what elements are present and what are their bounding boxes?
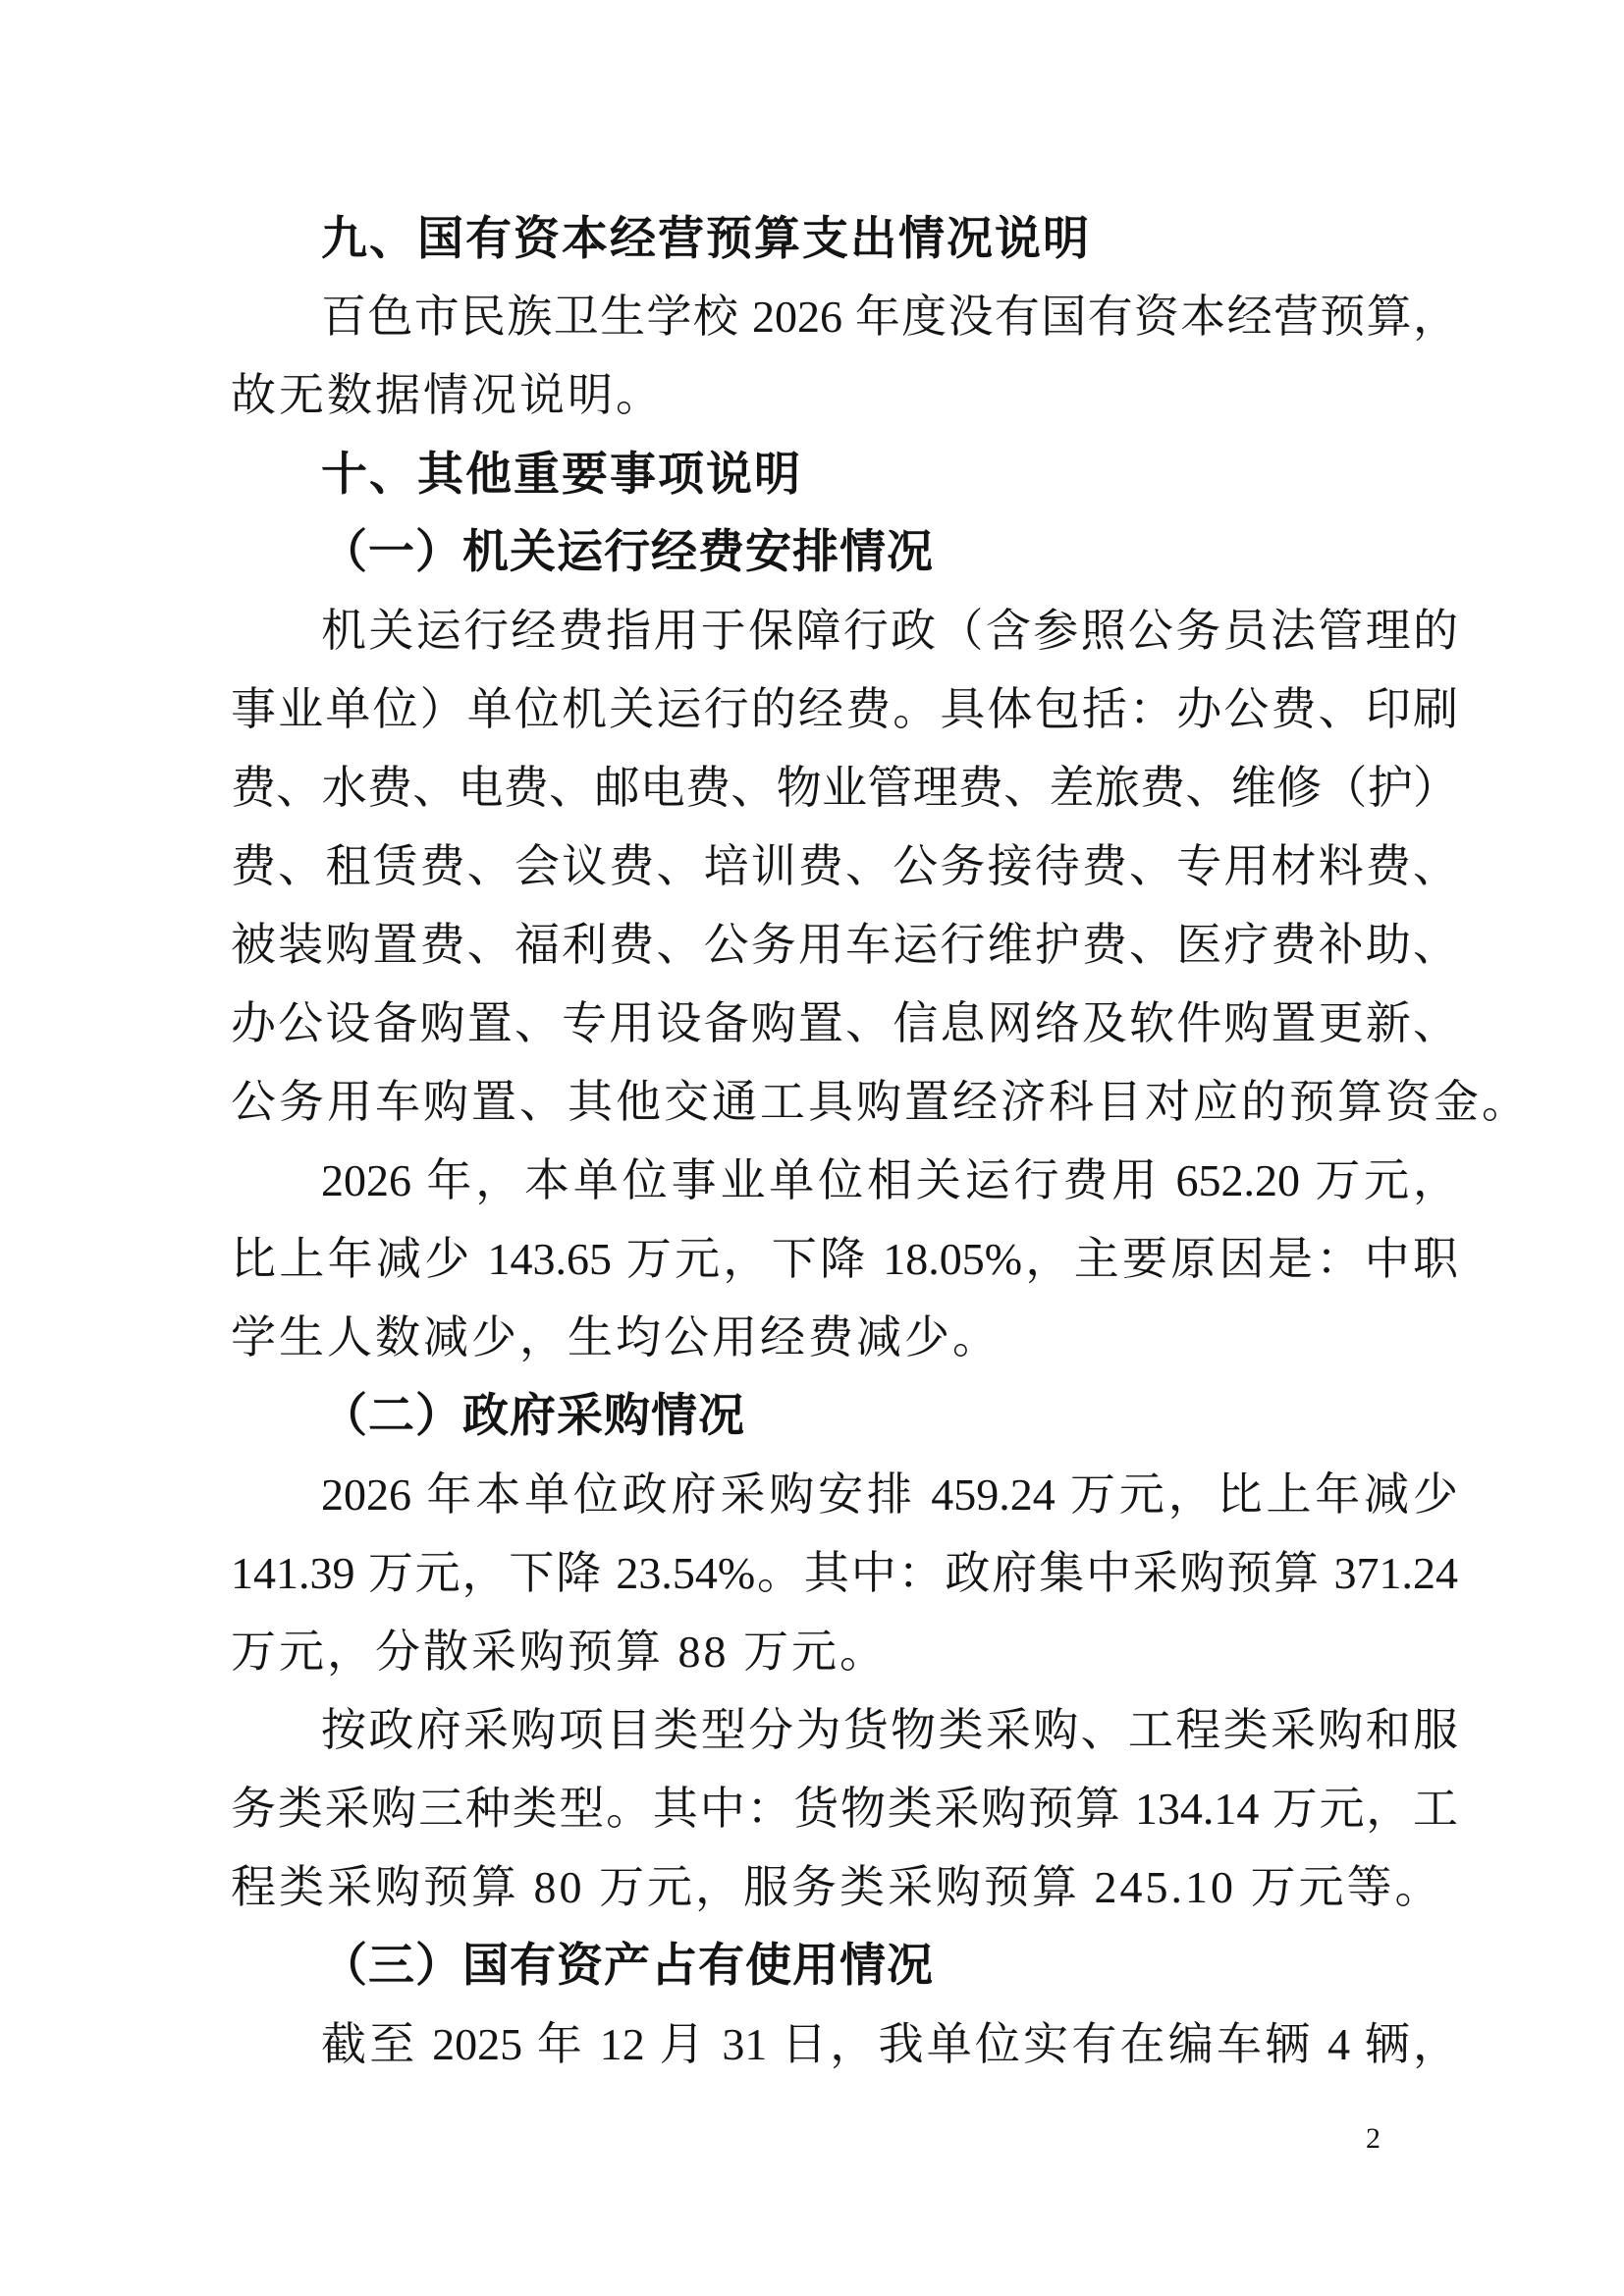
- text-line: 2026 年，本单位事业单位相关运行费用 652.20 万元，: [231, 1142, 1458, 1220]
- document-body: 九、国有资本经营预算支出情况说明百色市民族卫生学校 2026 年度没有国有资本经…: [231, 199, 1458, 2084]
- section-heading: （一）机关运行经费安排情况: [231, 513, 1458, 592]
- text-line: 百色市民族卫生学校 2026 年度没有国有资本经营预算，: [231, 278, 1458, 356]
- government-procurement-types: 按政府采购项目类型分为货物类采购、工程类采购和服务类采购三种类型。其中：货物类采…: [231, 1691, 1458, 1927]
- section-heading: （三）国有资产占有使用情况: [231, 1927, 1458, 2005]
- text-line: 截至 2025 年 12 月 31 日，我单位实有在编车辆 4 辆，: [231, 2005, 1458, 2084]
- text-line: 事业单位）单位机关运行的经费。具体包括：办公费、印刷: [231, 670, 1458, 749]
- text-line: 费、租赁费、会议费、培训费、公务接待费、专用材料费、: [231, 828, 1458, 906]
- subsection-1-heading: （一）机关运行经费安排情况: [231, 513, 1458, 592]
- text-line: 费、水费、电费、邮电费、物业管理费、差旅费、维修（护）: [231, 749, 1458, 828]
- text-line: 比上年减少 143.65 万元，下降 18.05%，主要原因是：中职: [231, 1220, 1458, 1299]
- agency-operating-funds-2026: 2026 年，本单位事业单位相关运行费用 652.20 万元，比上年减少 143…: [231, 1142, 1458, 1377]
- text-line: 按政府采购项目类型分为货物类采购、工程类采购和服: [231, 1691, 1458, 1770]
- text-line: 机关运行经费指用于保障行政（含参照公务员法管理的: [231, 592, 1458, 670]
- section-9-paragraph: 百色市民族卫生学校 2026 年度没有国有资本经营预算，故无数据情况说明。: [231, 278, 1458, 435]
- section-heading: （二）政府采购情况: [231, 1377, 1458, 1456]
- state-assets-usage: 截至 2025 年 12 月 31 日，我单位实有在编车辆 4 辆，: [231, 2005, 1458, 2084]
- text-line: 程类采购预算 80 万元，服务类采购预算 245.10 万元等。: [231, 1848, 1458, 1927]
- text-line: 被装购置费、福利费、公务用车运行维护费、医疗费补助、: [231, 906, 1458, 985]
- text-line: 2026 年本单位政府采购安排 459.24 万元，比上年减少: [231, 1456, 1458, 1534]
- section-heading: 九、国有资本经营预算支出情况说明: [231, 199, 1458, 278]
- government-procurement-total: 2026 年本单位政府采购安排 459.24 万元，比上年减少141.39 万元…: [231, 1456, 1458, 1691]
- page-number: 2: [1366, 2118, 1380, 2160]
- subsection-2-heading: （二）政府采购情况: [231, 1377, 1458, 1456]
- text-line: 公务用车购置、其他交通工具购置经济科目对应的预算资金。: [231, 1063, 1458, 1142]
- text-line: 学生人数减少，生均公用经费减少。: [231, 1299, 1458, 1377]
- text-line: 务类采购三种类型。其中：货物类采购预算 134.14 万元，工: [231, 1770, 1458, 1848]
- agency-operating-funds-definition: 机关运行经费指用于保障行政（含参照公务员法管理的事业单位）单位机关运行的经费。具…: [231, 592, 1458, 1142]
- text-line: 141.39 万元，下降 23.54%。其中：政府集中采购预算 371.24: [231, 1534, 1458, 1613]
- text-line: 万元，分散采购预算 88 万元。: [231, 1613, 1458, 1691]
- section-heading: 十、其他重要事项说明: [231, 435, 1458, 513]
- subsection-3-heading: （三）国有资产占有使用情况: [231, 1927, 1458, 2005]
- section-10-heading: 十、其他重要事项说明: [231, 435, 1458, 513]
- document-page: 九、国有资本经营预算支出情况说明百色市民族卫生学校 2026 年度没有国有资本经…: [0, 0, 1624, 2296]
- text-line: 办公设备购置、专用设备购置、信息网络及软件购置更新、: [231, 985, 1458, 1063]
- text-line: 故无数据情况说明。: [231, 356, 1458, 435]
- section-9-heading: 九、国有资本经营预算支出情况说明: [231, 199, 1458, 278]
